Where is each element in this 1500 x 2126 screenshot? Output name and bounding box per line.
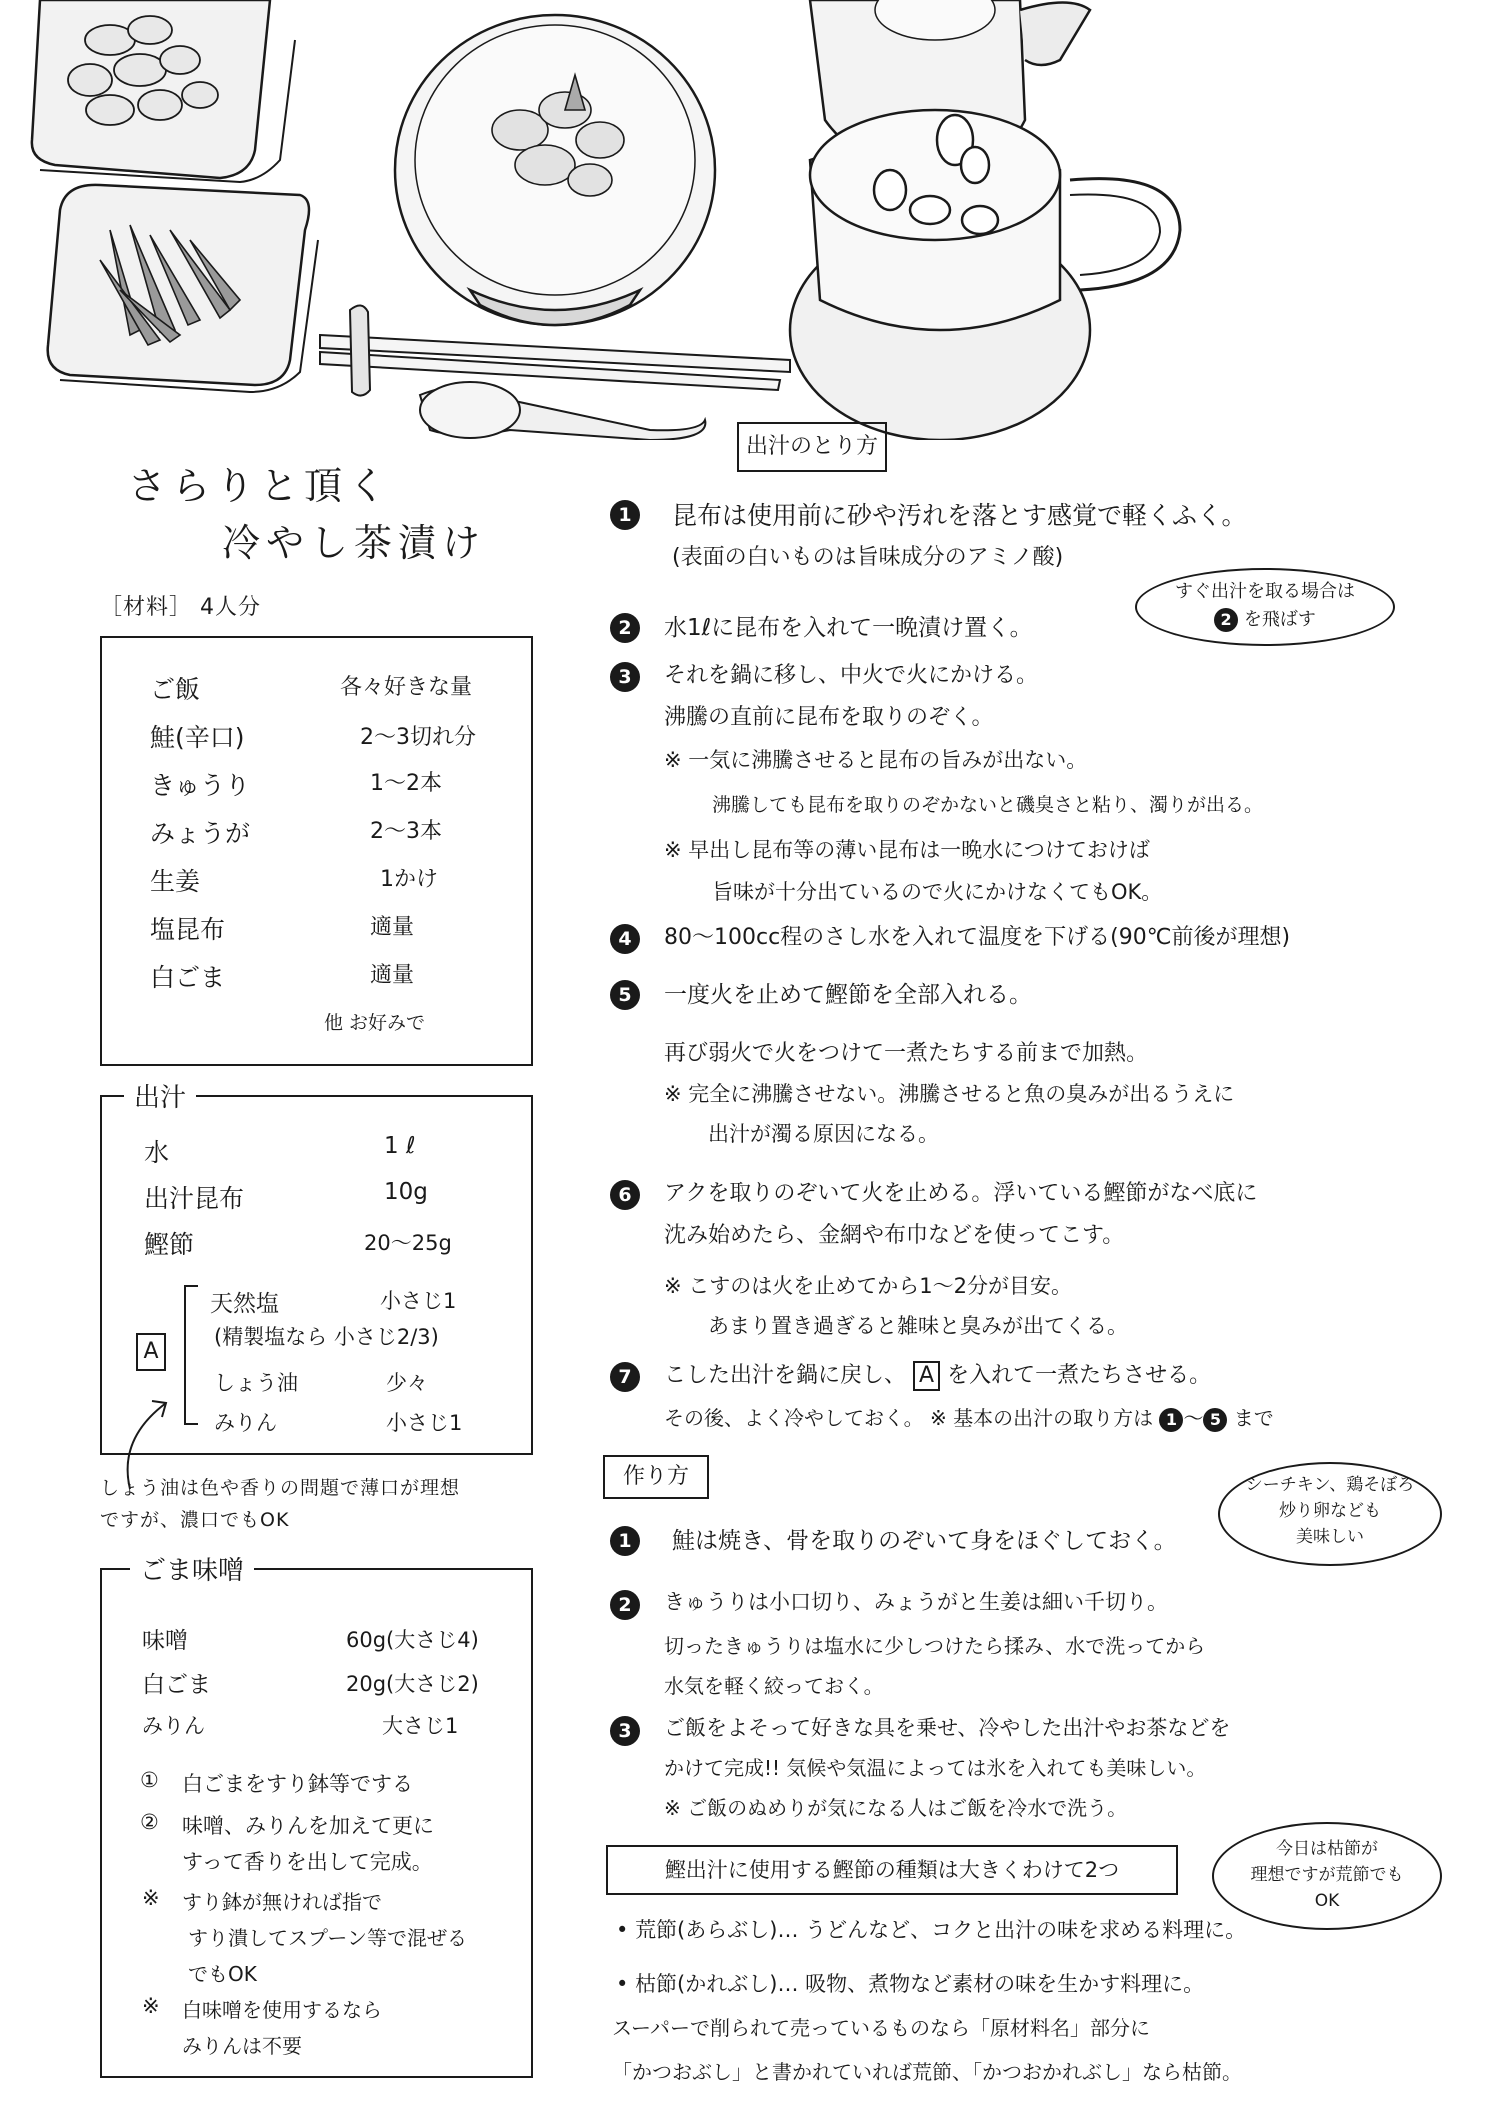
tip-bubble-text: 今日は枯節が xyxy=(1214,1836,1440,1862)
dashi-step-line: あまり置き過ぎると雑味と臭みが出てくる。 xyxy=(708,1310,1128,1340)
soy-sauce-note-line: しょう油は色や香りの問題で薄口が理想 xyxy=(100,1472,540,1504)
method-step-line: かけて完成!! 気候や気温によっては氷を入れても美味しい。 xyxy=(664,1752,1206,1781)
ingredient-name: 塩昆布 xyxy=(150,910,225,946)
step-ref-badge: 1 xyxy=(1159,1408,1183,1432)
glass-pitcher-icon xyxy=(790,110,1180,440)
goma-step-line: みりんは不要 xyxy=(182,2030,302,2059)
dashi-step-line: ※ こすのは火を止めてから1〜2分が目安。 xyxy=(664,1270,1072,1300)
recipe-title-line2: 冷やし茶漬け xyxy=(222,512,486,567)
ingredient-name: 生姜 xyxy=(150,862,200,898)
dashi-step-line: 沸騰の直前に昆布を取りのぞく。 xyxy=(664,700,994,731)
step-number-badge: 7 xyxy=(610,1362,640,1392)
method-step-line: ※ ご飯のぬめりが気になる人はご飯を冷水で洗う。 xyxy=(664,1792,1127,1821)
dashi-step-line: ※ 一気に沸騰させると昆布の旨みが出ない。 xyxy=(664,744,1087,774)
goma-step-line: すり鉢が無ければ指で xyxy=(182,1886,382,1915)
ingredient-amount: 1〜2本 xyxy=(370,766,442,797)
goma-miso-box: ごま味噌 味噌 60g(大さじ4) 白ごま 20g(大さじ2) みりん 大さじ1… xyxy=(100,1568,533,2078)
ingredient-amount: 各々好きな量 xyxy=(340,670,472,701)
dashi-step-line: 沸騰しても昆布を取りのぞかないと磯臭さと粘り、濁りが出る。 xyxy=(712,790,1263,817)
step-ref-badge: 5 xyxy=(1203,1408,1227,1432)
dashi-step-text: こした出汁を鍋に戻し、 xyxy=(664,1363,906,1388)
goma-step-marker: ※ xyxy=(142,1994,160,2018)
method-heading: 作り方 xyxy=(603,1455,709,1499)
dashi-step-line: 沈み始めたら、金網や布巾などを使ってこす。 xyxy=(664,1218,1124,1249)
bullet-text: 荒節(あらぶし)… うどんなど、コクと出汁の味を求める料理に。 xyxy=(635,1918,1246,1942)
goma-step-line: 白味噌を使用するなら xyxy=(182,1994,382,2023)
dashi-item-amount: 20〜25g xyxy=(364,1227,452,1257)
goma-step-line: 白ごまをすり鉢等でする xyxy=(182,1768,413,1798)
method-step-line: 鮭は焼き、骨を取りのぞいて身をほぐしておく。 xyxy=(672,1522,1177,1555)
katsuobushi-note: スーパーで削られて売っているものなら「原材料名」部分に xyxy=(612,2012,1150,2041)
step-ref-badge: 2 xyxy=(1214,608,1238,632)
ingredient-name: ご飯 xyxy=(150,670,200,706)
step-number-badge: 3 xyxy=(610,662,640,692)
group-a-item-name: 天然塩 xyxy=(210,1285,279,1318)
katsuobushi-heading-text: 鰹出汁に使用する鰹節の種類は大きくわけて2つ xyxy=(665,1858,1119,1882)
group-a-ref: A xyxy=(913,1361,940,1391)
ingredients-box: ご飯 各々好きな量 鮭(辛口) 2〜3切れ分 きゅうり 1〜2本 みょうが 2〜… xyxy=(100,636,533,1066)
dashi-step-line: アクを取りのぞいて火を止める。浮いている鰹節がなべ底に xyxy=(664,1176,1257,1207)
tip-bubble-katsuobushi: 今日は枯節が 理想ですが荒節でも OK xyxy=(1212,1822,1442,1930)
step-number-badge: 5 xyxy=(610,980,640,1010)
method-step-line: ご飯をよそって好きな具を乗せ、冷やした出汁やお茶などを xyxy=(664,1712,1230,1742)
step-number-badge: 1 xyxy=(610,1526,640,1556)
spoon-icon xyxy=(420,382,705,440)
goma-item-amount: 20g(大さじ2) xyxy=(346,1668,479,1698)
dashi-step-line: 水1ℓに昆布を入れて一晩漬け置く。 xyxy=(664,609,1033,642)
goma-step-marker: ② xyxy=(140,1810,159,1834)
dashi-step-line: こした出汁を鍋に戻し、 A を入れて一煮たちさせる。 xyxy=(664,1358,1211,1391)
dashi-step-line: ※ 完全に沸騰させない。沸騰させると魚の臭みが出るうえに xyxy=(664,1078,1234,1108)
tip-bubble-text: シーチキン、鶏そぼろ xyxy=(1220,1472,1440,1498)
tip-bubble-text: OK xyxy=(1214,1888,1440,1914)
group-a-item-amount: 小さじ1 xyxy=(386,1407,462,1437)
dashi-item-name: 出汁昆布 xyxy=(144,1179,244,1215)
dashi-heading: 出汁 xyxy=(124,1077,196,1114)
ingredient-name: きゅうり xyxy=(150,766,250,802)
servings-label: ［材料］ 4人分 xyxy=(100,590,261,621)
ingredient-amount: 適量 xyxy=(370,958,414,989)
tip-bubble-text-tail: を飛ばす xyxy=(1244,609,1316,630)
tip-bubble-text: 理想ですが荒節でも xyxy=(1214,1862,1440,1888)
soy-sauce-note: しょう油は色や香りの問題で薄口が理想 ですが、濃口でもOK xyxy=(100,1472,540,1536)
step-number-badge: 6 xyxy=(610,1180,640,1210)
goma-miso-heading: ごま味噌 xyxy=(130,1550,254,1587)
method-step-line: 水気を軽く絞っておく。 xyxy=(664,1670,884,1699)
goma-step-line: すって香りを出して完成。 xyxy=(182,1846,433,1876)
method-step-line: きゅうりは小口切り、みょうがと生姜は細い千切り。 xyxy=(664,1586,1168,1616)
dashi-step-text: まで xyxy=(1234,1406,1274,1430)
dashi-step-text: を入れて一煮たちさせる。 xyxy=(947,1363,1211,1388)
greens-plate-icon xyxy=(48,185,318,392)
ingredient-amount: 2〜3本 xyxy=(370,814,442,845)
cucumber-plate-icon xyxy=(32,0,295,182)
dashi-method-heading-text: 出汁のとり方 xyxy=(746,434,878,459)
group-a-item-amount: 少々 xyxy=(386,1367,428,1397)
tip-bubble-text: 2 を飛ばす xyxy=(1137,606,1393,634)
tip-bubble-toppings: シーチキン、鶏そぼろ 炒り卵なども 美味しい xyxy=(1218,1462,1442,1566)
ingredient-amount: 2〜3切れ分 xyxy=(360,720,476,751)
group-a-bracket xyxy=(184,1285,198,1425)
ingredient-name: 白ごま xyxy=(150,958,225,994)
goma-step-line: すり潰してスプーン等で混ぜる xyxy=(188,1922,467,1951)
recipe-title-line1: さらりと頂く xyxy=(128,455,392,510)
goma-step-line: でもOK xyxy=(188,1958,257,1987)
goma-item-name: 白ごま xyxy=(142,1666,211,1699)
ingredients-other: 他 お好みで xyxy=(324,1008,425,1035)
method-step-line: 切ったきゅうりは塩水に少しつけたら揉み、水で洗ってから xyxy=(664,1630,1205,1659)
method-heading-text: 作り方 xyxy=(623,1464,689,1489)
goma-item-name: 味噌 xyxy=(142,1622,188,1655)
ingredient-amount: 適量 xyxy=(370,910,414,941)
goma-step-marker: ※ xyxy=(142,1886,160,1910)
tip-bubble-text: 美味しい xyxy=(1220,1524,1440,1550)
tip-bubble-text: 炒り卵なども xyxy=(1220,1498,1440,1524)
dashi-item-amount: 10g xyxy=(384,1179,428,1205)
dashi-method-heading: 出汁のとり方 xyxy=(737,422,887,472)
step-number-badge: 2 xyxy=(610,1590,640,1620)
dashi-item-name: 鰹節 xyxy=(144,1225,194,1261)
group-a-label: A xyxy=(136,1333,166,1371)
goma-item-amount: 60g(大さじ4) xyxy=(346,1624,479,1654)
step-number-badge: 3 xyxy=(610,1716,640,1746)
bullet-text: 枯節(かれぶし)… 吸物、煮物など素材の味を生かす料理に。 xyxy=(635,1972,1204,1996)
dashi-ingredients-box: 出汁 水 1 ℓ 出汁昆布 10g 鰹節 20〜25g A 天然塩 小さじ1 (… xyxy=(100,1095,533,1455)
dashi-step-line: 再び弱火で火をつけて一煮たちする前まで加熱。 xyxy=(664,1036,1148,1067)
rice-bowl-icon xyxy=(395,15,715,325)
ingredient-name: 鮭(辛口) xyxy=(150,718,245,754)
dashi-step-line: それを鍋に移し、中火で火にかける。 xyxy=(664,658,1038,689)
goma-item-name: みりん xyxy=(142,1710,205,1740)
group-a-item-name: しょう油 xyxy=(214,1367,298,1397)
group-a-item-amount: 小さじ1 xyxy=(380,1285,456,1315)
dashi-step-line: 80〜100cc程のさし水を入れて温度を下げる(90℃前後が理想) xyxy=(664,920,1290,951)
goma-step-marker: ① xyxy=(140,1768,159,1792)
katsuobushi-heading: 鰹出汁に使用する鰹節の種類は大きくわけて2つ xyxy=(606,1845,1178,1895)
dashi-step-line: 出汁が濁る原因になる。 xyxy=(708,1118,939,1148)
dashi-step-line: その後、よく冷やしておく。 ※ 基本の出汁の取り方は 1〜5 まで xyxy=(664,1402,1274,1432)
dashi-step-text: その後、よく冷やしておく。 ※ 基本の出汁の取り方は xyxy=(664,1406,1153,1430)
dashi-item-name: 水 xyxy=(144,1133,169,1169)
bullet-item: • 荒節(あらぶし)… うどんなど、コクと出汁の味を求める料理に。 xyxy=(616,1914,1246,1944)
food-illustration xyxy=(0,0,1500,440)
tip-bubble-text: すぐ出汁を取る場合は xyxy=(1137,578,1393,606)
dashi-step-line: 旨味が十分出ているので火にかけなくてもOK。 xyxy=(712,876,1162,906)
step-number-badge: 4 xyxy=(610,924,640,954)
soy-sauce-note-line: ですが、濃口でもOK xyxy=(100,1504,540,1536)
goma-step-line: 味噌、みりんを加えて更に xyxy=(182,1810,434,1840)
tip-bubble-skip-step: すぐ出汁を取る場合は 2 を飛ばす xyxy=(1135,568,1395,646)
bullet-item: • 枯節(かれぶし)… 吸物、煮物など素材の味を生かす料理に。 xyxy=(616,1968,1204,1998)
ingredient-amount: 1かけ xyxy=(380,862,438,893)
dashi-step-line: 昆布は使用前に砂や汚れを落とす感覚で軽くふく。 xyxy=(672,496,1247,532)
group-a-item-name: みりん xyxy=(214,1407,277,1437)
goma-item-amount: 大さじ1 xyxy=(382,1710,458,1740)
step-number-badge: 1 xyxy=(610,500,640,530)
katsuobushi-note: 「かつおぶし」と書かれていれば荒節、「かつおかれぶし」なら枯節。 xyxy=(612,2056,1242,2085)
dashi-step-line: 一度火を止めて鰹節を全部入れる。 xyxy=(664,976,1032,1009)
dashi-step-line: (表面の白いものは旨味成分のアミノ酸) xyxy=(672,540,1063,571)
ingredient-name: みょうが xyxy=(150,814,250,850)
step-number-badge: 2 xyxy=(610,613,640,643)
dashi-step-line: ※ 早出し昆布等の薄い昆布は一晩水につけておけば xyxy=(664,834,1150,864)
group-a-item-name: (精製塩なら 小さじ2/3) xyxy=(214,1321,439,1351)
dashi-item-amount: 1 ℓ xyxy=(384,1133,415,1159)
